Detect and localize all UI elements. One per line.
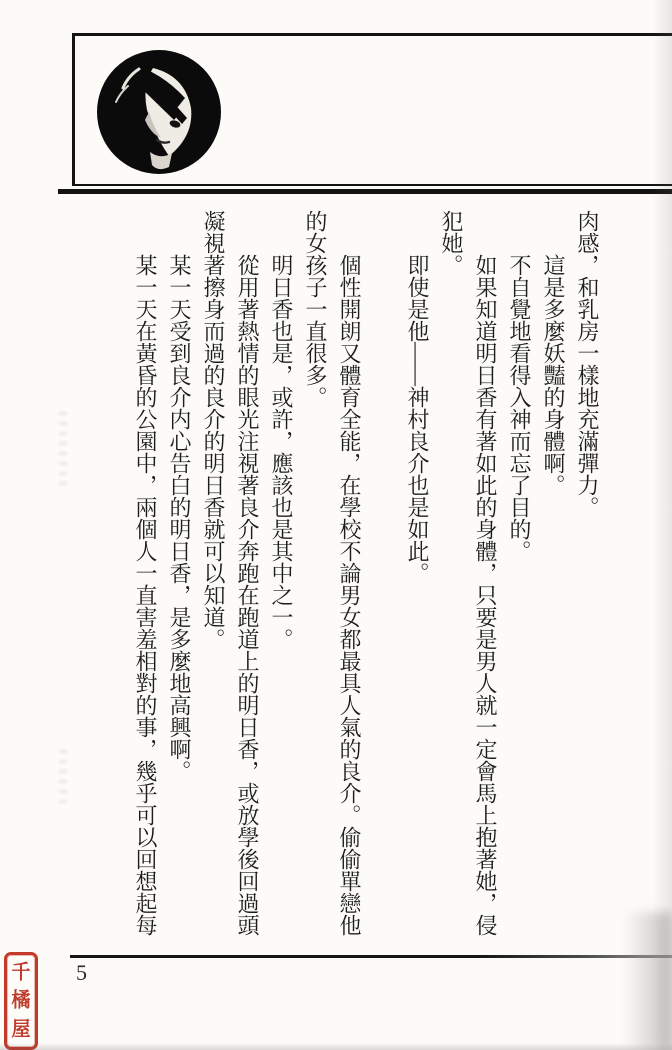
seal-character: 千	[11, 962, 30, 982]
text-column: 從用著熱情的眼光注視著良介奔跑在跑道上的明日香，或放學後回過頭	[230, 210, 264, 938]
text-column: 肉感，和乳房一樣地充滿彈力。	[570, 210, 604, 938]
text-column: 明日香也是，或許，應該也是其中之一。	[264, 210, 298, 938]
seal-character: 橘	[11, 991, 30, 1011]
text-column: 這是多麼妖豔的身體啊。	[536, 210, 570, 938]
ink-bleed-mark	[59, 412, 67, 486]
text-column: 某一天受到良介内心告白的明日香，是多麼地高興啊。	[162, 210, 196, 938]
scan-shadow-bottom-right	[624, 912, 672, 1050]
text-column: 凝視著擦身而過的良介的明日香就可以知道。	[196, 210, 230, 938]
header-thick-rule	[58, 189, 672, 194]
scan-shadow-bottom-edge	[0, 1043, 672, 1050]
text-column: 如果知道明日香有著如此的身體，只要是男人就一定會馬上抱著她，侵	[468, 210, 502, 938]
text-column: 個性開朗又體育全能，在學校不論男女都最具人氣的良介。偷偷單戀他	[332, 210, 366, 938]
footer-rule	[70, 955, 672, 958]
ink-bleed-mark	[59, 750, 67, 806]
scanned-book-page: 肉感，和乳房一樣地充滿彈力。 這是多麼妖豔的身體啊。 不自覺地看得入神而忘了目的…	[0, 0, 672, 1050]
portrait-circle-image	[95, 48, 223, 176]
publisher-seal: 千 橘 屋	[4, 952, 38, 1050]
seal-character: 屋	[11, 1020, 30, 1040]
body-text: 肉感，和乳房一樣地充滿彈力。 這是多麼妖豔的身體啊。 不自覺地看得入神而忘了目的…	[128, 210, 604, 938]
text-column: 的女孩子一直很多。	[298, 210, 332, 938]
page-number: 5	[76, 960, 87, 986]
text-column: 不自覺地看得入神而忘了目的。	[502, 210, 536, 938]
text-column: 某一天在黃昏的公園中，兩個人一直害羞相對的事，幾乎可以回想起每	[128, 210, 162, 938]
text-column	[366, 210, 400, 938]
text-column: 即使是他——神村良介也是如此。	[400, 210, 434, 938]
text-column: 犯她。	[434, 210, 468, 938]
